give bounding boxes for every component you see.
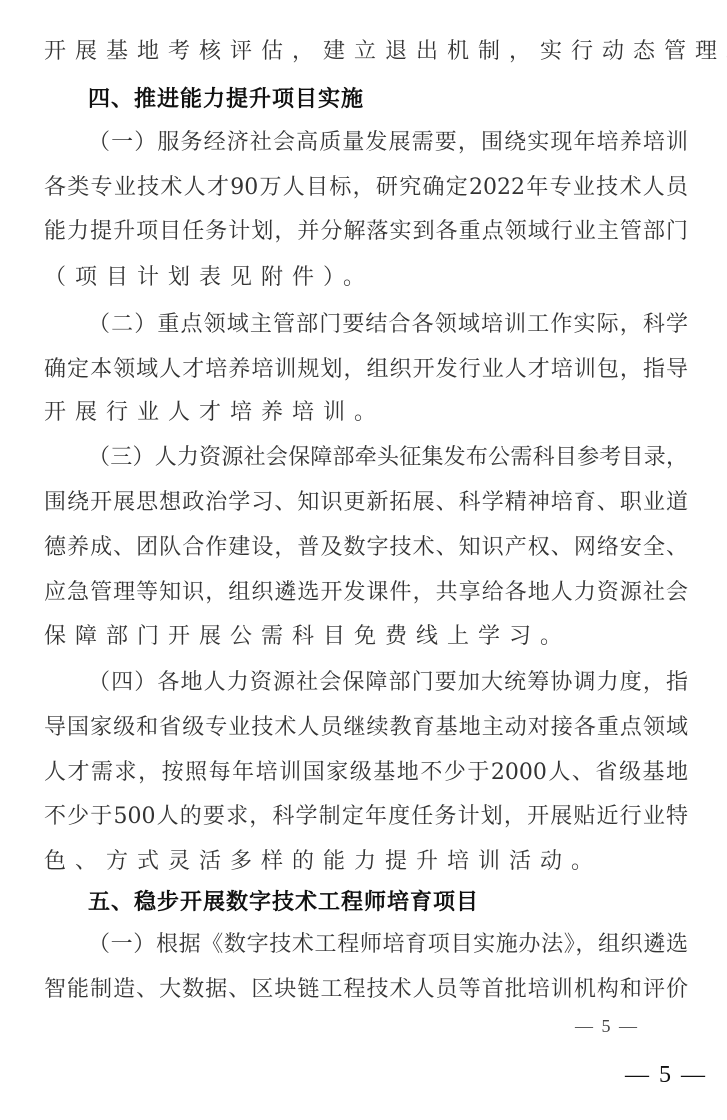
paragraph-5-1-line: （一）根据《数字技术工程师培育项目实施办法》，组织遴选: [88, 928, 688, 962]
paragraph-5-1-line: 智能制造、大数据、区块链工程技术人员等首批培训机构和评价: [44, 973, 688, 1007]
paragraph-4-1-line: 各类专业技术人才90万人目标，研究确定2022年专业技术人员: [44, 171, 688, 205]
paragraph-4-2-line: 确定本领域人才培养培训规划，组织开发行业人才培训包，指导: [44, 353, 688, 387]
paragraph-4-3-line: （三）人力资源社会保障部牵头征集发布公需科目参考目录，: [88, 441, 688, 475]
page-number-inner: — 5 —: [575, 1016, 639, 1037]
page-number-outer: — 5 —: [625, 1062, 707, 1089]
paragraph-4-3-line: 应急管理等知识，组织遴选开发课件，共享给各地人力资源社会: [44, 576, 688, 610]
paragraph-4-1-line: 能力提升项目任务计划，并分解落实到各重点领域行业主管部门: [44, 215, 688, 249]
body-line: 开展基地考核评估，建立退出机制，实行动态管理。: [44, 35, 688, 69]
paragraph-4-4-line: 不少于500人的要求，科学制定年度任务计划，开展贴近行业特: [44, 800, 688, 834]
paragraph-4-2-line: （二）重点领域主管部门要结合各领域培训工作实际，科学: [88, 308, 688, 342]
paragraph-4-3-line: 围绕开展思想政治学习、知识更新拓展、科学精神培育、职业道: [44, 486, 688, 520]
paragraph-4-3-line: 保障部门开展公需科目免费线上学习。: [44, 620, 688, 654]
paragraph-4-4-line: 色、方式灵活多样的能力提升培训活动。: [44, 845, 688, 879]
paragraph-4-4-line: （四）各地人力资源社会保障部门要加大统筹协调力度，指: [88, 666, 688, 700]
paragraph-4-4-line: 导国家级和省级专业技术人员继续教育基地主动对接各重点领域: [44, 711, 688, 745]
paragraph-4-1-line: （项目计划表见附件）。: [44, 261, 688, 295]
document-page: 开展基地考核评估，建立退出机制，实行动态管理。 四、推进能力提升项目实施 （一）…: [0, 0, 727, 1120]
section-heading-4: 四、推进能力提升项目实施: [88, 83, 364, 117]
paragraph-4-2-line: 开展行业人才培养培训。: [44, 396, 688, 430]
paragraph-4-3-line: 德养成、团队合作建设，普及数字技术、知识产权、网络安全、: [44, 531, 688, 565]
section-heading-5: 五、稳步开展数字技术工程师培育项目: [88, 886, 479, 920]
paragraph-4-1-line: （一）服务经济社会高质量发展需要，围绕实现年培养培训: [88, 126, 688, 160]
paragraph-4-4-line: 人才需求，按照每年培训国家级基地不少于2000人、省级基地: [44, 756, 688, 790]
